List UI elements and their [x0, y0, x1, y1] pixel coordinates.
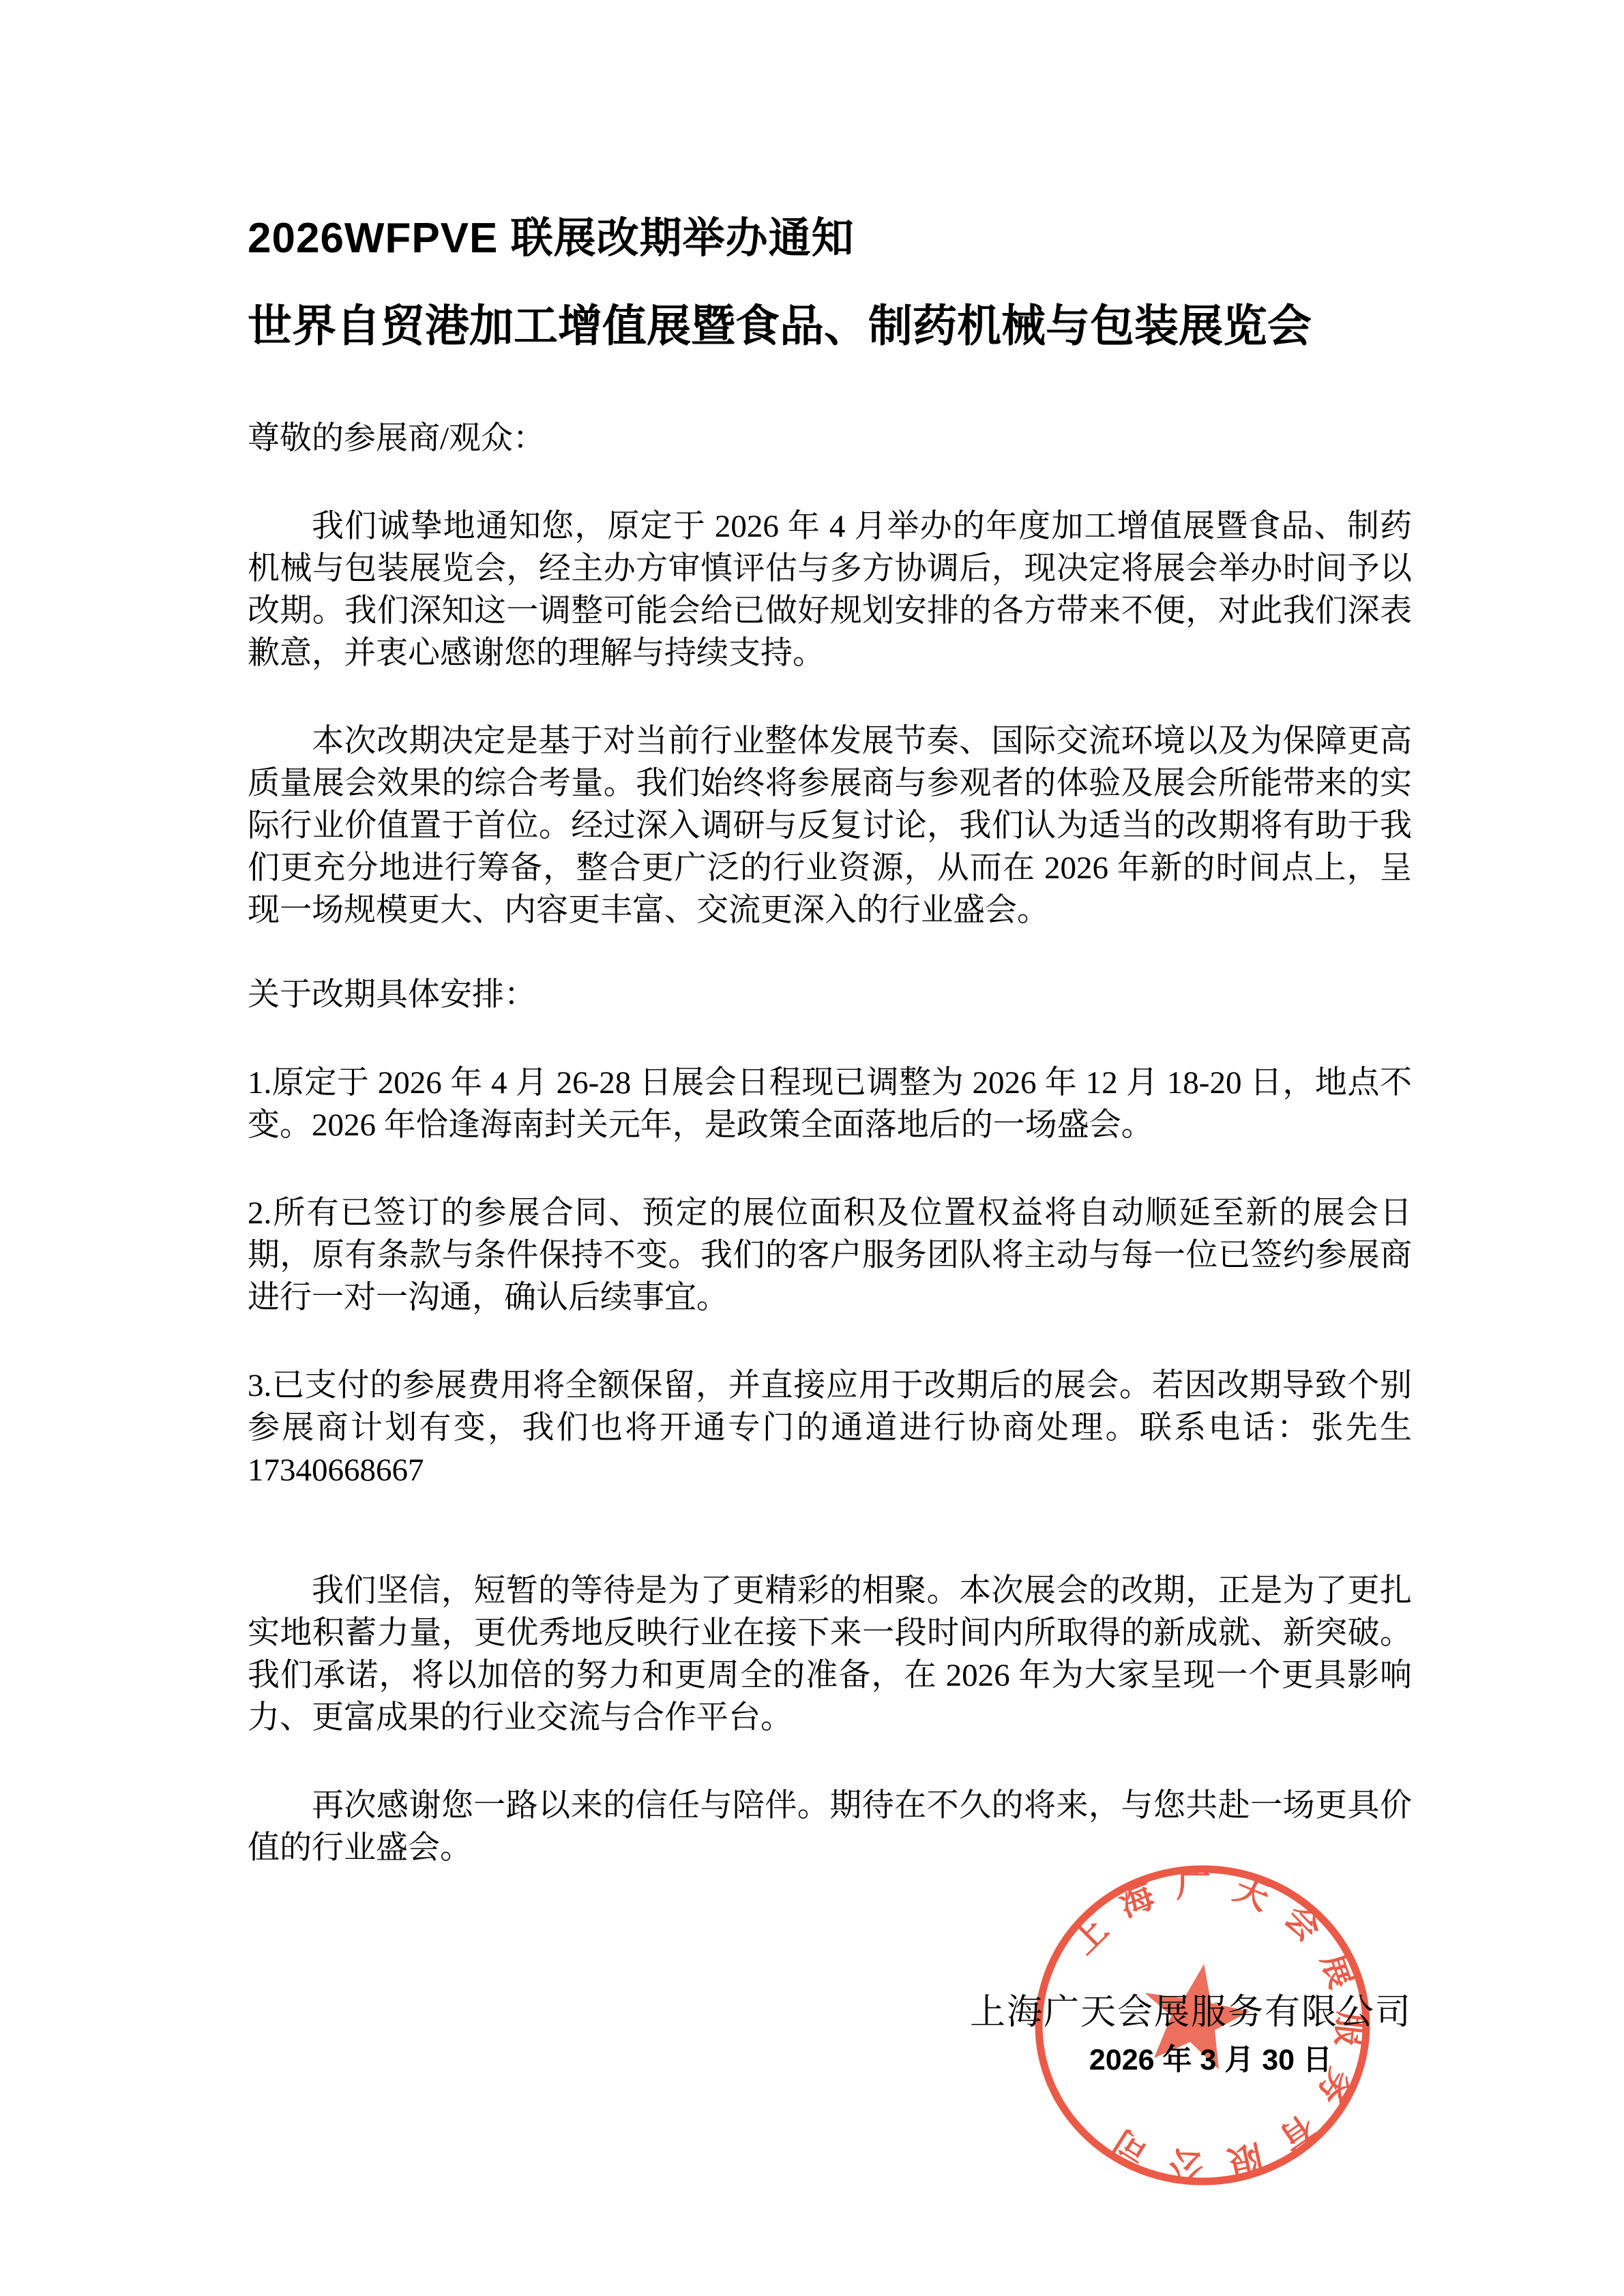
- salutation: 尊敬的参展商/观众：: [248, 417, 1412, 460]
- arrangement-item-2: 2.所有已签订的参展合同、预定的展位面积及位置权益将自动顺延至新的展会日期，原有…: [248, 1192, 1412, 1319]
- notice-title: 2026WFPVE 联展改期举办通知: [248, 0, 1412, 266]
- signature-block: 上海广天会展服务有限公司 2026 年 3 月 30 日: [248, 1992, 1412, 2079]
- intro-paragraph-1: 我们诚挚地通知您，原定于 2026 年 4 月举办的年度加工增值展暨食品、制药机…: [248, 505, 1412, 674]
- arrangements-heading: 关于改期具体安排：: [248, 974, 1412, 1016]
- closing-paragraph-1: 我们坚信，短暂的等待是为了更精彩的相聚。本次展会的改期，正是为了更扎实地积蓄力量…: [248, 1570, 1412, 1739]
- signature-date: 2026 年 3 月 30 日: [1089, 2041, 1412, 2079]
- intro-paragraph-2: 本次改期决定是基于对当前行业整体发展节奏、国际交流环境以及为保障更高质量展会效果…: [248, 720, 1412, 931]
- exhibition-subtitle: 世界自贸港加工增值展暨食品、制药机械与包装展览会: [248, 299, 1412, 355]
- notice-document-page: 上海广天会展服务有限公司 2026WFPVE 联展改期举办通知 世界自贸港加工增…: [0, 0, 1624, 2296]
- arrangement-item-3: 3.已支付的参展费用将全额保留，并直接应用于改期后的展会。若因改期导致个别参展商…: [248, 1365, 1412, 1491]
- signature-date-row: 2026 年 3 月 30 日: [248, 2041, 1412, 2079]
- signature-company-name: 上海广天会展服务有限公司: [248, 1992, 1412, 2034]
- document-body: 2026WFPVE 联展改期举办通知 世界自贸港加工增值展暨食品、制药机械与包装…: [248, 0, 1412, 2079]
- arrangement-item-1: 1.原定于 2026 年 4 月 26-28 日展会日程现已调整为 2026 年…: [248, 1062, 1412, 1146]
- closing-paragraph-2: 再次感谢您一路以来的信任与陪伴。期待在不久的将来，与您共赴一场更具价值的行业盛会…: [248, 1785, 1412, 1869]
